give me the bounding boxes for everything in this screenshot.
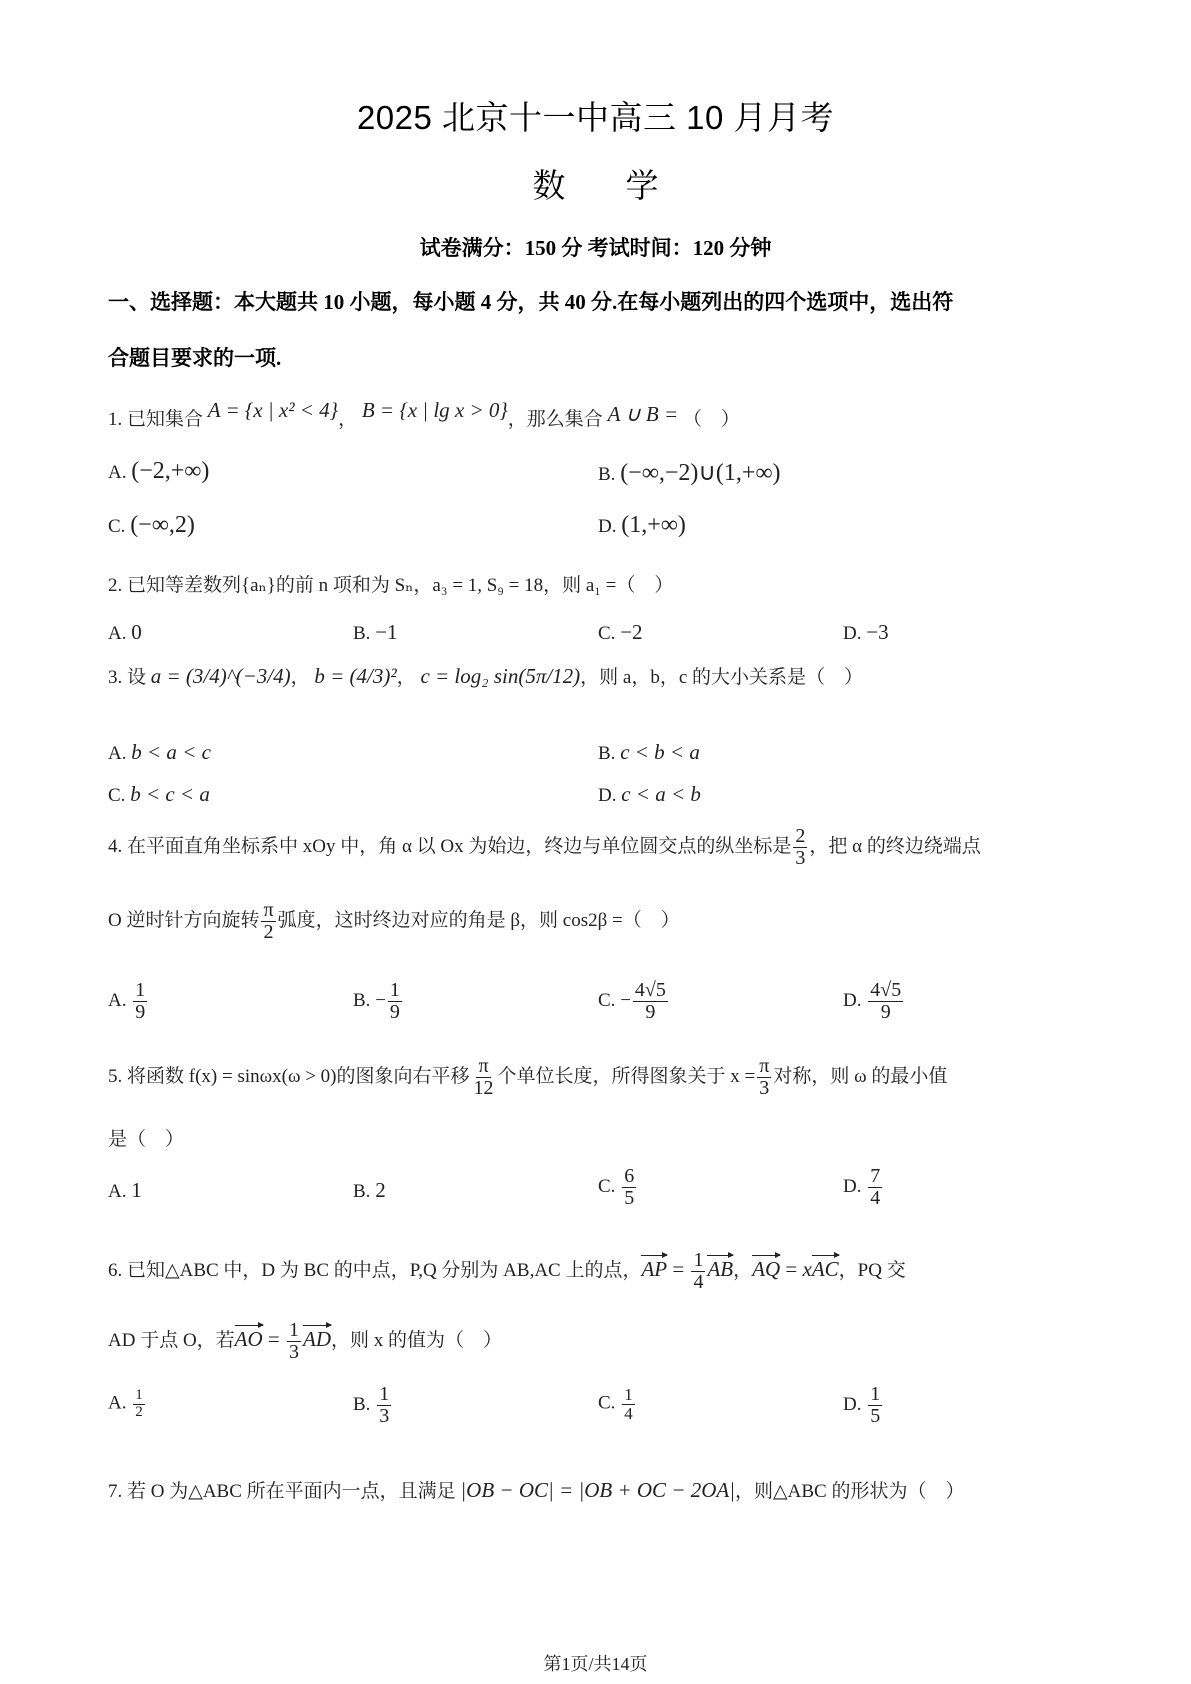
denominator: 4 [622,1405,635,1423]
numerator: 2 [793,826,807,848]
question-text: 若 O 为△ABC 所在平面内一点，且满足 [127,1481,456,1502]
answer-paren: （ ） [683,409,740,430]
vector-ad: AD [303,1323,331,1352]
q4-option-a[interactable]: A. 19 [108,980,149,1023]
option-label: B. [598,743,615,764]
option-label: B. [353,1394,370,1415]
q4-option-b[interactable]: B. −19 [353,980,404,1023]
fraction: 23 [793,826,807,869]
q3-option-a[interactable]: A. b < a < c [108,740,211,765]
q6-option-a[interactable]: A. 12 [108,1388,147,1421]
q4-option-d[interactable]: D. 4√59 [843,980,905,1023]
question-text: 弧度，这时终边对应的角是 β，则 cos2β =（ ） [278,910,680,931]
numerator: π [476,1056,490,1078]
numerator: 1 [133,1388,145,1405]
option-label: C. [598,623,615,644]
option-label: A. [108,1181,126,1202]
question-7: 7. 若 O 为△ABC 所在平面内一点，且满足 |OB − OC| = |OB… [108,1476,964,1503]
option-label: C. [108,516,125,537]
question-number: 5. [108,1066,122,1087]
option-value: 0 [131,620,142,644]
fraction: 74 [868,1166,882,1209]
numerator: 4√5 [868,980,903,1002]
numerator: 4√5 [633,980,668,1002]
option-label: B. [598,464,615,485]
question-text: AD 于点 O，若 [108,1330,235,1351]
question-6-line1: 6. 已知△ABC 中，D 为 BC 的中点，P,Q 分别为 AB,AC 上的点… [108,1250,906,1293]
question-text: 在平面直角坐标系中 xOy 中，角 α 以 Ox 为始边，终边与单位圆交点的纵坐… [127,836,791,857]
question-text: ，则 a，b，c 的大小关系是（ ） [580,667,863,688]
vector-ap: AP [641,1253,667,1282]
denominator: 5 [622,1188,636,1209]
q1-option-b[interactable]: B. (−∞,−2)∪(1,+∞) [598,458,781,487]
q6-option-c[interactable]: C. 14 [598,1386,637,1423]
option-value: (−∞,2) [130,512,195,538]
numerator: 6 [622,1166,636,1188]
q5-option-d[interactable]: D. 74 [843,1166,884,1209]
fraction: π12 [472,1056,496,1099]
subject-char-1: 数 [533,167,566,204]
question-number: 3. [108,667,122,688]
q2-option-d[interactable]: D. −3 [843,620,889,645]
denominator: 9 [643,1002,657,1023]
option-label: A. [108,623,126,644]
numerator: 1 [377,1384,391,1406]
q2-option-b[interactable]: B. −1 [353,620,398,645]
option-label: B. [353,623,370,644]
option-label: B. [353,990,370,1011]
q1-option-c[interactable]: C. (−∞,2) [108,512,195,539]
option-label: D. [843,990,861,1011]
option-value: −1 [375,620,397,644]
q3-option-d[interactable]: D. c < a < b [598,782,701,807]
exam-title: 2025 北京十一中高三 10 月月考 [0,92,1191,139]
numerator: 1 [388,980,402,1002]
question-number: 2. [108,575,122,596]
option-value: b < a < c [131,740,211,764]
question-2: 2. 已知等差数列{aₙ}的前 n 项和为 Sₙ，a₃ = 1, S₉ = 18… [108,570,673,597]
q4-option-c[interactable]: C. −4√59 [598,980,670,1023]
b-definition: b = (4/3)² [314,664,396,688]
numerator: 1 [622,1386,635,1405]
question-text: 已知△ABC 中，D 为 BC 的中点，P,Q 分别为 AB,AC 上的点， [127,1260,641,1281]
q2-option-c[interactable]: C. −2 [598,620,643,645]
option-label: B. [353,1181,370,1202]
c-definition: c = log₂ sin(5π/12) [420,664,580,688]
option-value: 1 [131,1178,142,1202]
question-4-line2: O 逆时针方向旋转π2弧度，这时终边对应的角是 β，则 cos2β =（ ） [108,900,680,943]
option-value: (1,+∞) [621,512,686,538]
q2-option-a[interactable]: A. 0 [108,620,142,645]
option-label: A. [108,990,126,1011]
fraction: 15 [868,1384,882,1427]
q1-option-d[interactable]: D. (1,+∞) [598,512,686,539]
question-number: 7. [108,1481,122,1502]
option-label: C. [598,1176,615,1197]
set-b-expr: B = {x | lg x > 0} [362,398,508,422]
denominator: 4 [868,1188,882,1209]
option-label: A. [108,462,126,483]
exam-meta: 试卷满分：150 分 考试时间：120 分钟 [0,232,1191,262]
denominator: 9 [879,1002,893,1023]
union-expr: A ∪ B = [608,402,679,426]
denominator: 2 [262,922,276,943]
option-value: −3 [866,620,888,644]
question-text: O 逆时针方向旋转 [108,910,259,931]
fraction: 4√59 [868,980,903,1023]
fraction: 19 [133,980,147,1023]
option-label: D. [843,1176,861,1197]
fraction: 65 [622,1166,636,1209]
option-label: C. [598,990,615,1011]
question-5-line1: 5. 将函数 f(x) = sinωx(ω > 0)的图象向右平移π12个单位长… [108,1056,947,1099]
question-6-line2: AD 于点 O，若AO = 13AD，则 x 的值为（ ） [108,1320,502,1363]
question-text: 对称，则 ω 的最小值 [773,1066,947,1087]
vector-ac: AC [812,1253,839,1282]
option-label: D. [598,516,616,537]
q5-option-b[interactable]: B. 2 [353,1178,386,1203]
subject-char-2: 学 [626,167,659,204]
q6-option-b[interactable]: B. 13 [353,1384,393,1427]
denominator: 12 [472,1078,496,1099]
sign: − [375,990,386,1011]
a-definition: a = (3/4)^(−3/4) [151,664,291,688]
numerator: π [261,900,275,922]
question-number: 4. [108,836,122,857]
q5-option-c[interactable]: C. 65 [598,1166,638,1209]
q5-option-a[interactable]: A. 1 [108,1178,142,1203]
option-value: (−2,+∞) [131,458,209,484]
fraction: 14 [622,1386,635,1423]
option-label: A. [108,743,126,764]
option-value: −2 [620,620,642,644]
numerator: 1 [133,980,147,1002]
denominator: 3 [287,1342,301,1363]
q3-option-b[interactable]: B. c < b < a [598,740,700,765]
numerator: 1 [868,1384,882,1406]
numerator: π [757,1056,771,1078]
numerator: 1 [287,1320,301,1342]
set-a-expr: A = {x | x² < 4} [208,398,338,422]
question-text: 设 [127,667,146,688]
option-label: C. [598,1393,615,1414]
option-value: (−∞,−2)∪(1,+∞) [620,460,780,486]
denominator: 2 [133,1405,145,1421]
sign: − [620,990,631,1011]
vector-aq: AQ [752,1253,780,1282]
option-label: D. [843,1394,861,1415]
denominator: 9 [388,1002,402,1023]
option-label: D. [598,785,616,806]
page-number: 第1页/共14页 [0,1650,1191,1676]
fraction: 4√59 [633,980,668,1023]
question-3: 3. 设 a = (3/4)^(−3/4)， b = (4/3)²， c = l… [108,662,863,689]
question-text: ，那么集合 [508,409,603,430]
question-number: 1. [108,409,122,430]
denominator: 3 [793,848,807,869]
denominator: 9 [133,1002,147,1023]
fraction: π3 [757,1056,771,1099]
question-text: ，则△ABC 的形状为（ ） [735,1481,964,1502]
fraction: 13 [377,1384,391,1427]
denominator: 4 [691,1272,705,1293]
subject-title: 数学 [0,160,1191,207]
variable-x: x [802,1257,811,1281]
question-text: ，PQ 交 [839,1260,906,1281]
fraction: 14 [691,1250,705,1293]
option-label: C. [108,785,125,806]
question-text: 将函数 f(x) = sinωx(ω > 0)的图象向右平移 [127,1066,470,1087]
option-value: b < c < a [130,782,210,806]
fraction: 13 [287,1320,301,1363]
fraction: 12 [133,1388,145,1421]
question-number: 6. [108,1260,122,1281]
fraction: 19 [388,980,402,1023]
vector-ao: AO [235,1323,263,1352]
denominator: 3 [757,1078,771,1099]
question-5-line2: 是（ ） [108,1124,184,1151]
option-value: 2 [375,1178,386,1202]
denominator: 5 [868,1406,882,1427]
question-4-line1: 4. 在平面直角坐标系中 xOy 中，角 α 以 Ox 为始边，终边与单位圆交点… [108,826,981,869]
section-heading-line1: 一、选择题：本大题共 10 小题，每小题 4 分，共 40 分.在每小题列出的四… [108,286,953,316]
option-value: c < a < b [621,782,701,806]
question-1: 1. 已知集合 A = {x | x² < 4}， B = {x | lg x … [108,404,740,431]
option-label: D. [843,623,861,644]
q3-option-c[interactable]: C. b < c < a [108,782,210,807]
question-text: ，把 α 的终边绕端点 [809,836,980,857]
question-text: 已知等差数列{aₙ}的前 n 项和为 Sₙ，a₃ = 1, S₉ = 18，则 … [127,575,673,596]
q6-option-d[interactable]: D. 15 [843,1384,884,1427]
option-label: A. [108,1393,126,1414]
fraction: π2 [261,900,275,943]
question-text: 已知集合 [127,409,203,430]
section-heading-line2: 合题目要求的一项. [108,342,281,372]
option-value: c < b < a [620,740,700,764]
numerator: 7 [868,1166,882,1188]
denominator: 3 [377,1406,391,1427]
vector-norm-expr: |OB − OC| = |OB + OC − 2OA| [460,1478,735,1502]
numerator: 1 [691,1250,705,1272]
question-text: 个单位长度，所得图象关于 x = [498,1066,756,1087]
vector-ab: AB [707,1253,733,1282]
question-text: ，则 x 的值为（ ） [331,1330,502,1351]
q1-option-a[interactable]: A. (−2,+∞) [108,458,209,485]
